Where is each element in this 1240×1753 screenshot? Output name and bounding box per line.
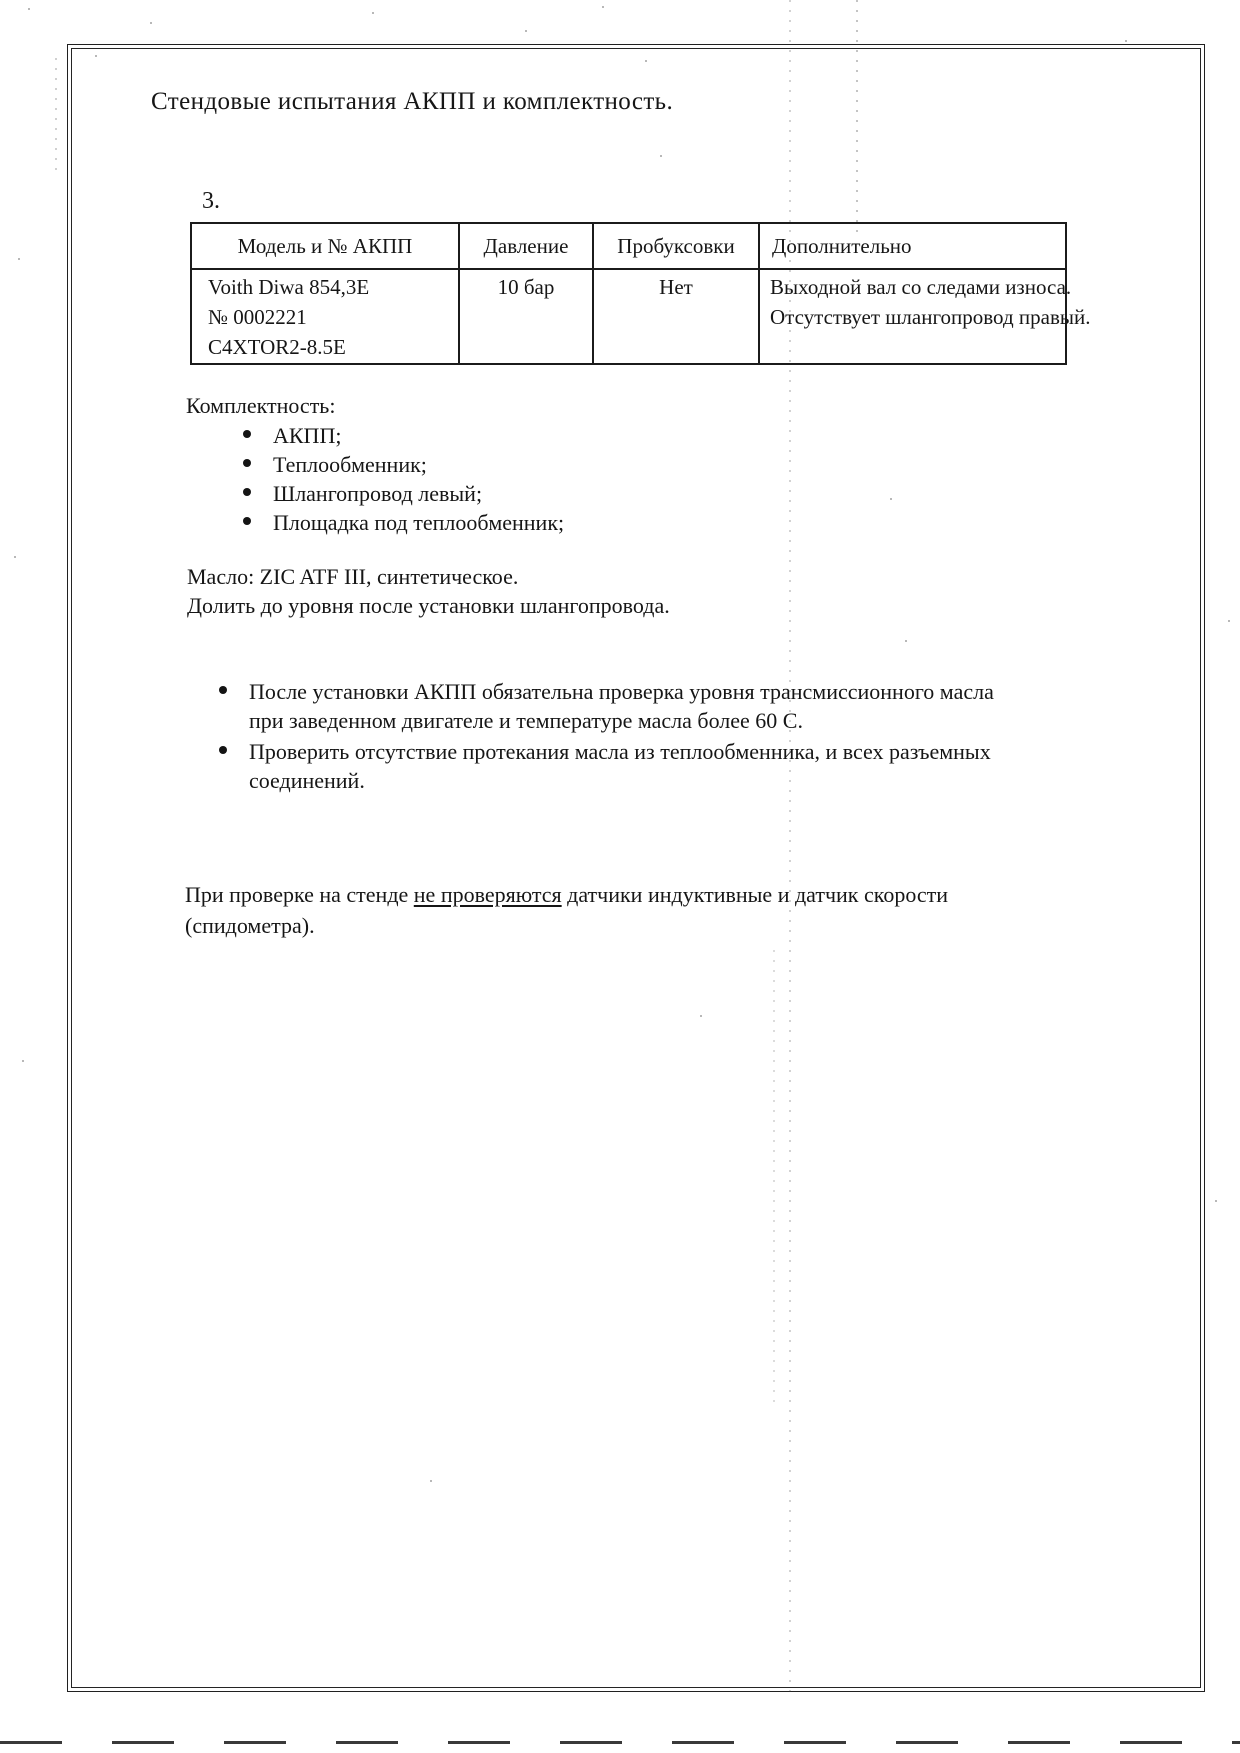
scan-speck xyxy=(525,30,527,32)
oil-line1: Масло: ZIC ATF III, синтетическое. xyxy=(187,562,670,591)
scan-speck xyxy=(372,12,374,14)
footer-note-line1: При проверке на стенде не проверяются да… xyxy=(185,879,948,910)
note-line: соединений. xyxy=(249,766,991,795)
bullet-icon xyxy=(243,430,251,438)
extra-line: Выходной вал со следами износа. xyxy=(770,272,1064,302)
note-line: при заведенном двигателе и температуре м… xyxy=(249,706,994,735)
scan-speck xyxy=(430,1480,432,1482)
note-text: Проверить отсутствие протекания масла из… xyxy=(249,737,991,795)
cell-extra: Выходной вал со следами износа. Отсутств… xyxy=(759,269,1066,364)
list-item-label: Теплообменник; xyxy=(273,450,427,479)
bullet-icon xyxy=(243,459,251,467)
scan-speck xyxy=(1215,1200,1217,1202)
section-number: 3. xyxy=(202,188,220,215)
scan-artifact-fold-line xyxy=(773,950,775,1410)
list-item-label: Площадка под теплообменник; xyxy=(273,508,564,537)
footer-note: При проверке на стенде не проверяются да… xyxy=(185,879,948,941)
bullet-icon xyxy=(219,746,227,754)
cell-slippage: Нет xyxy=(593,269,759,364)
scan-speck xyxy=(660,155,662,157)
scan-speck xyxy=(1228,620,1230,622)
note-line: Проверить отсутствие протекания масла из… xyxy=(249,737,991,766)
akpp-spec-table: Модель и № АКПП Давление Пробуксовки Доп… xyxy=(190,222,1067,365)
completeness-label: Комплектность: xyxy=(186,391,335,420)
col-header-pressure: Давление xyxy=(459,223,593,269)
list-item: АКПП; xyxy=(243,421,564,450)
scan-speck xyxy=(905,640,907,642)
col-header-model: Модель и № АКПП xyxy=(191,223,459,269)
completeness-list: АКПП; Теплообменник; Шлангопровод левый;… xyxy=(243,421,564,537)
list-item: Проверить отсутствие протекания масла из… xyxy=(219,737,1039,795)
scan-speck xyxy=(95,55,97,57)
table-row: Voith Diwa 854,3E № 0002221 C4XTOR2-8.5E… xyxy=(191,269,1066,364)
footer-note-line2: (спидометра). xyxy=(185,910,948,941)
model-line: C4XTOR2-8.5E xyxy=(208,332,457,362)
cell-pressure: 10 бар xyxy=(459,269,593,364)
scan-speck xyxy=(890,498,892,500)
scan-artifact-bottom-edge xyxy=(0,1741,1240,1744)
col-header-extra: Дополнительно xyxy=(759,223,1066,269)
scanned-document-page: Стендовые испытания АКПП и комплектность… xyxy=(0,0,1240,1753)
scan-speck xyxy=(1125,40,1127,42)
bullet-icon xyxy=(219,686,227,694)
scan-speck xyxy=(150,22,152,24)
extra-line: Отсутствует шлангопровод правый. xyxy=(770,302,1064,332)
footer-note-suffix: датчики индуктивные и датчик скорости xyxy=(562,882,948,907)
list-item: Шлангопровод левый; xyxy=(243,479,564,508)
footer-note-prefix: При проверке на стенде xyxy=(185,882,414,907)
scan-speck xyxy=(645,60,647,62)
scan-artifact-fold-line xyxy=(55,58,57,178)
model-line: Voith Diwa 854,3E xyxy=(208,272,457,302)
page-title: Стендовые испытания АКПП и комплектность… xyxy=(151,88,673,116)
list-item: Теплообменник; xyxy=(243,450,564,479)
scan-speck xyxy=(28,8,30,10)
col-header-slippage: Пробуксовки xyxy=(593,223,759,269)
oil-paragraph: Масло: ZIC ATF III, синтетическое. Долит… xyxy=(187,562,670,620)
list-item: Площадка под теплообменник; xyxy=(243,508,564,537)
scan-speck xyxy=(18,258,20,260)
note-line: После установки АКПП обязательна проверк… xyxy=(249,677,994,706)
scan-speck xyxy=(700,1015,702,1017)
scan-speck xyxy=(14,556,16,558)
cell-model: Voith Diwa 854,3E № 0002221 C4XTOR2-8.5E xyxy=(191,269,459,364)
scan-artifact-fold-line xyxy=(789,0,791,1692)
bullet-icon xyxy=(243,517,251,525)
footer-note-underlined: не проверяются xyxy=(414,882,562,907)
notes-list: После установки АКПП обязательна проверк… xyxy=(219,677,1039,795)
bullet-icon xyxy=(243,488,251,496)
list-item-label: Шлангопровод левый; xyxy=(273,479,482,508)
model-line: № 0002221 xyxy=(208,302,457,332)
list-item: После установки АКПП обязательна проверк… xyxy=(219,677,1039,735)
list-item-label: АКПП; xyxy=(273,421,341,450)
scan-speck xyxy=(602,6,604,8)
note-text: После установки АКПП обязательна проверк… xyxy=(249,677,994,735)
scan-artifact-fold-line xyxy=(856,0,858,235)
table-header-row: Модель и № АКПП Давление Пробуксовки Доп… xyxy=(191,223,1066,269)
oil-line2: Долить до уровня после установки шлангоп… xyxy=(187,591,670,620)
scan-speck xyxy=(22,1060,24,1062)
